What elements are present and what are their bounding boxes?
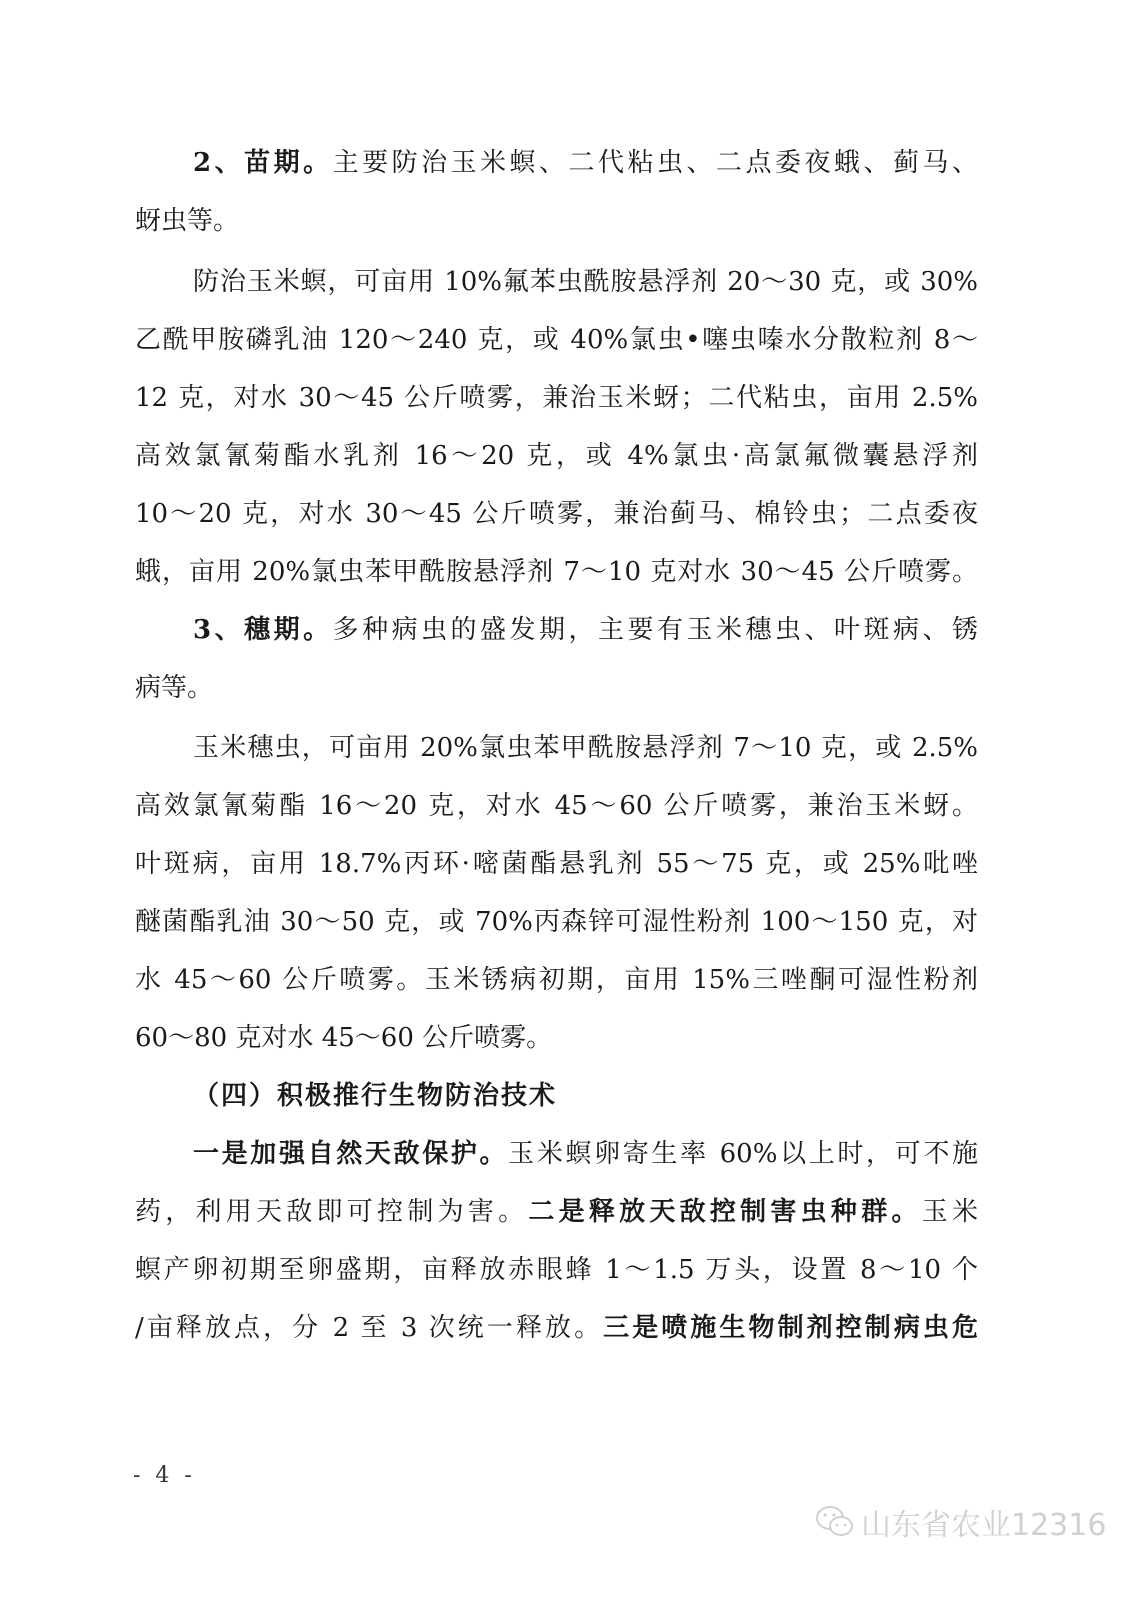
page-number: - 4 - bbox=[133, 1463, 196, 1488]
watermark: 山东省农业12316 bbox=[815, 1500, 1106, 1544]
watermark-text: 山东省农业12316 bbox=[861, 1500, 1106, 1544]
paragraph-line: 玉米穗虫，可亩用 20%氯虫苯甲酰胺悬浮剂 7～10 克，或 2.5% bbox=[193, 728, 978, 768]
paragraph-line: 高效氯氰菊酯水乳剂 16～20 克，或 4%氯虫·高氯氟微囊悬浮剂 bbox=[135, 436, 978, 476]
section-heading: （四）积极推行生物防治技术 bbox=[193, 1076, 557, 1116]
paragraph-line: 病等。 bbox=[135, 668, 978, 708]
paragraph-line: 叶斑病，亩用 18.7%丙环·嘧菌酯悬乳剂 55～75 克，或 25%吡唑 bbox=[135, 844, 978, 884]
paragraph-line: 12 克，对水 30～45 公斤喷雾，兼治玉米蚜；二代粘虫，亩用 2.5% bbox=[135, 378, 978, 418]
stage-label: 2、苗期。 bbox=[193, 148, 333, 178]
paragraph-line: 2、苗期。主要防治玉米螟、二代粘虫、二点委夜蛾、蓟马、 bbox=[193, 143, 978, 183]
paragraph-line: 60～80 克对水 45～60 公斤喷雾。 bbox=[135, 1018, 978, 1058]
paragraph-line: 蚜虫等。 bbox=[135, 201, 978, 241]
stage-label: 3、穗期。 bbox=[193, 615, 333, 645]
paragraph-line: 乙酰甲胺磷乳油 120～240 克，或 40%氯虫•噻虫嗪水分散粒剂 8～ bbox=[135, 320, 978, 360]
paragraph-line: 高效氯氰菊酯 16～20 克，对水 45～60 公斤喷雾，兼治玉米蚜。 bbox=[135, 786, 978, 826]
paragraph-line: 醚菌酯乳油 30～50 克，或 70%丙森锌可湿性粉剂 100～150 克，对 bbox=[135, 902, 978, 942]
paragraph-line: 药，利用天敌即可控制为害。二是释放天敌控制害虫种群。玉米 bbox=[135, 1192, 978, 1232]
paragraph-line: 3、穗期。多种病虫的盛发期，主要有玉米穗虫、叶斑病、锈 bbox=[193, 610, 978, 650]
paragraph-line: 螟产卵初期至卵盛期，亩释放赤眼蜂 1～1.5 万头，设置 8～10 个 bbox=[135, 1250, 978, 1290]
paragraph-line: 蛾，亩用 20%氯虫苯甲酰胺悬浮剂 7～10 克对水 30～45 公斤喷雾。 bbox=[135, 552, 978, 592]
paragraph-line: 水 45～60 公斤喷雾。玉米锈病初期，亩用 15%三唑酮可湿性粉剂 bbox=[135, 960, 978, 1000]
wechat-icon bbox=[815, 1504, 855, 1540]
paragraph-line: 防治玉米螟，可亩用 10%氟苯虫酰胺悬浮剂 20～30 克，或 30% bbox=[193, 262, 978, 302]
paragraph-line: 10～20 克，对水 30～45 公斤喷雾，兼治蓟马、棉铃虫；二点委夜 bbox=[135, 494, 978, 534]
paragraph-line: 一是加强自然天敌保护。玉米螟卵寄生率 60%以上时，可不施 bbox=[193, 1134, 978, 1174]
paragraph-line: /亩释放点，分 2 至 3 次统一释放。三是喷施生物制剂控制病虫危 bbox=[135, 1308, 978, 1348]
